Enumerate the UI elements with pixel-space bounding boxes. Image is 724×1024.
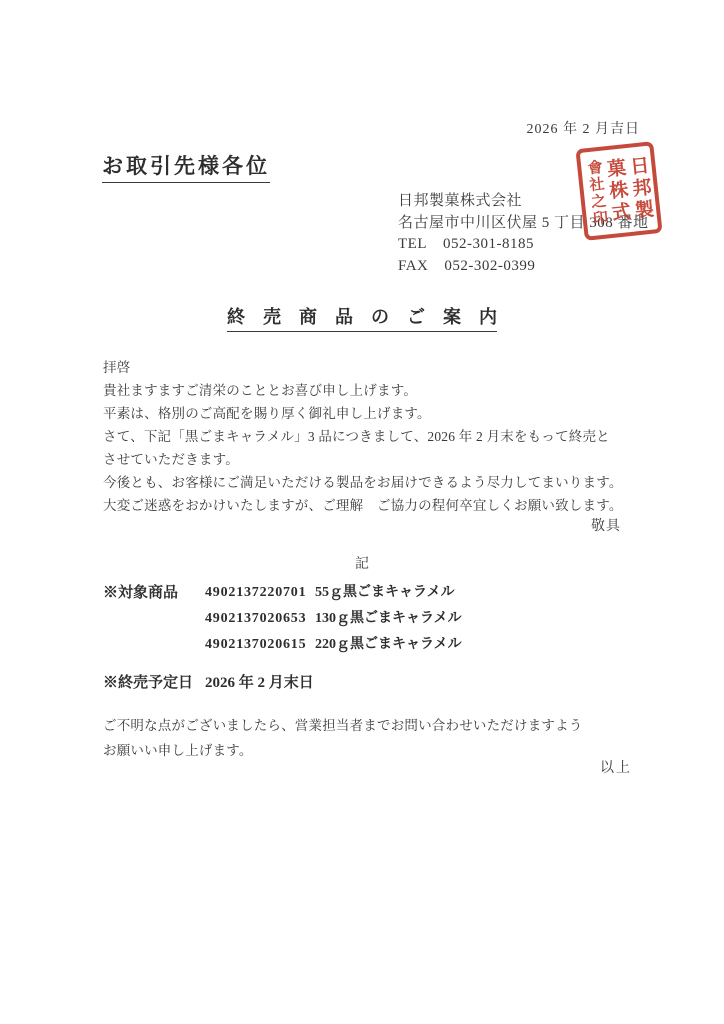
product-jan: 4902137020653 (205, 606, 315, 632)
body-line: 今後とも、お客様にご満足いただける製品をお届けできるよう尽力してまいります。 (103, 471, 633, 494)
body-line-greeting: 拝啓 (103, 356, 633, 379)
document-title: 終 売 商 品 の ご 案 内 (0, 303, 724, 329)
product-name: 55ｇ黒ごまキャラメル (315, 580, 455, 606)
seal-column-3: 會社之印 (585, 159, 607, 228)
discontinue-date-label: ※終売予定日 (103, 671, 205, 692)
fax-label: FAX (398, 256, 428, 278)
products-label-spacer (103, 606, 205, 632)
products-label: ※対象商品 (103, 580, 205, 606)
inquiry-line: お願いい申し上げます。 (103, 738, 623, 763)
product-row: 4902137020653 130ｇ黒ごまキャラメル (103, 606, 462, 632)
inquiry-note: ご不明な点がございましたら、営業担当者までお問い合わせいただけますよう お願いい… (103, 713, 623, 763)
body-line: させていただきます。 (103, 448, 633, 471)
product-name: 220ｇ黒ごまキャラメル (315, 632, 462, 658)
product-row: 4902137020615 220ｇ黒ごまキャラメル (103, 632, 462, 658)
product-row: ※対象商品 4902137220701 55ｇ黒ごまキャラメル (103, 580, 462, 606)
sender-fax-row: FAX 052-302-0399 (398, 256, 649, 278)
product-list: ※対象商品 4902137220701 55ｇ黒ごまキャラメル 49021370… (103, 580, 462, 658)
letter-body: 拝啓 貴社ますますご清栄のこととお喜び申し上げます。 平素は、格別のご高配を賜り… (103, 356, 633, 517)
body-line: 貴社ますますご清栄のこととお喜び申し上げます。 (103, 379, 633, 402)
body-line: さて、下記「黒ごまキャラメル」3 品につきまして、2026 年 2 月末をもって… (103, 425, 633, 448)
document-date: 2026 年 2 月吉日 (527, 118, 641, 138)
seal-column-1: 日邦製 (627, 155, 653, 223)
closing-keigu: 敬具 (591, 515, 621, 535)
product-jan: 4902137020615 (205, 632, 315, 658)
discontinue-date-value: 2026 年 2 月末日 (205, 671, 314, 692)
company-seal: 日邦製 菓株式 會社之印 (575, 141, 662, 241)
end-mark-ijou: 以上 (600, 757, 632, 777)
body-line: 平素は、格別のご高配を賜り厚く御礼申し上げます。 (103, 402, 633, 425)
body-line: 大変ご迷惑をおかけいたしますが、ご理解 ご協力の程何卒宜しくお願い致します。 (103, 494, 633, 517)
letter-page: 2026 年 2 月吉日 お取引先様各位 日邦製菓株式会社 名古屋市中川区伏屋 … (0, 0, 724, 1024)
inquiry-line: ご不明な点がございましたら、営業担当者までお問い合わせいただけますよう (103, 713, 623, 738)
fax-number: 052-302-0399 (444, 256, 535, 278)
tel-label: TEL (398, 234, 427, 256)
recipient-line: お取引先様各位 (102, 150, 270, 183)
product-name: 130ｇ黒ごまキャラメル (315, 606, 462, 632)
product-jan: 4902137220701 (205, 580, 315, 606)
document-title-text: 終 売 商 品 の ご 案 内 (227, 307, 497, 332)
seal-column-2: 菓株式 (604, 157, 630, 225)
discontinue-date-row: ※終売予定日 2026 年 2 月末日 (103, 671, 314, 692)
record-heading-ki: 記 (0, 553, 724, 573)
products-label-spacer (103, 632, 205, 658)
tel-number: 052-301-8185 (443, 234, 534, 256)
